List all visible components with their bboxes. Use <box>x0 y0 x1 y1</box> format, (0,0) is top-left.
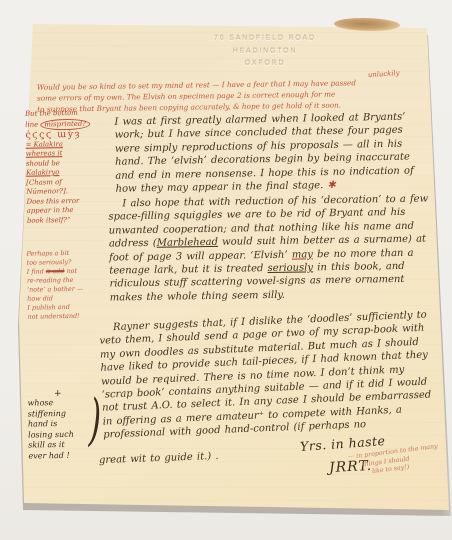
body-text: I was at first greatly alarmed when I lo… <box>114 112 413 195</box>
closing-bracket-flourish: ) <box>88 393 101 450</box>
hand-footnote: whose stiffening hand is losing such ski… <box>27 397 92 461</box>
red-underlined-word: may <box>292 249 313 260</box>
embossed-letterhead: 76 SANDFIELD ROAD HEADINGTON OXFORD <box>185 33 345 71</box>
underlined-word-marblehead: Marblehead <box>157 237 218 249</box>
margin-note-text: I find <box>27 267 46 275</box>
footnote-line: ever had ! <box>28 450 92 462</box>
letterhead-line: HEADINGTON <box>185 46 345 59</box>
margin-note-text: line <box>25 120 40 128</box>
margin-note-line: not understand! <box>27 311 109 321</box>
struck-out-word: it odd <box>46 267 65 275</box>
margin-note-text: not <box>64 267 77 275</box>
red-asterisk: ✱ <box>323 180 336 191</box>
left-margin-note-seriously: Perhaps a bit too seriously? I find it o… <box>26 248 109 321</box>
underlined-word-seriously: seriously <box>267 262 313 274</box>
body-paragraph-3: Rayner suggests that, if I dislike the ‘… <box>99 308 437 442</box>
letterhead-line: OXFORD <box>185 58 345 71</box>
letterhead-line: 76 SANDFIELD ROAD <box>185 33 345 46</box>
margin-note-line: book itself?” <box>27 215 115 226</box>
letter-photograph: 76 SANDFIELD ROAD HEADINGTON OXFORD unlu… <box>0 0 452 540</box>
body-paragraph-2: I also hope that with reduction of his ‘… <box>108 192 434 304</box>
left-margin-note-kalakirya: But the bottom line misprinted? ς̇ϛς̣ϛ ɯ… <box>25 108 115 226</box>
body-paragraph-1: I was at first greatly alarmed when I lo… <box>114 110 425 196</box>
